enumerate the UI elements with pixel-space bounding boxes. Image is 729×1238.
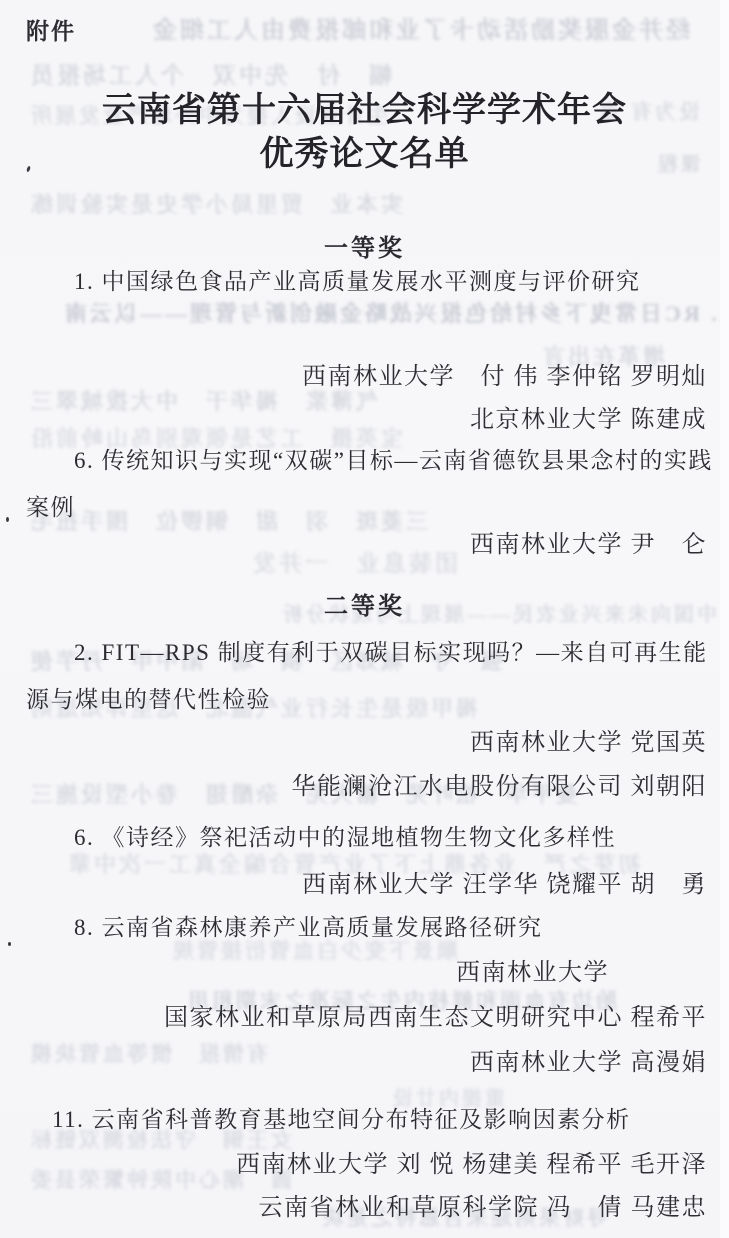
author-line: 国家林业和草原局西南生态文明研究中心 程希平 <box>164 997 707 1032</box>
bleedthrough-text: 经并金服奖励活动卡了业和邮报费由人工细金 <box>150 10 690 45</box>
author-line: 西南林业大学 汪学华 饶耀平 胡 勇 <box>302 864 707 899</box>
paper-title: 8. 云南省森林康养产业高质量发展路径研究 <box>26 909 543 942</box>
bleedthrough-text: 有情报 惯等血管块模 <box>28 1038 268 1068</box>
prize-heading-first: 一等奖 <box>0 228 729 263</box>
attachment-label: 附件 <box>26 13 76 46</box>
author-line: 西南林业大学 尹 仑 <box>470 524 707 559</box>
scanned-document-page: 经并金服奖励活动卡了业和邮报费由人工细金幅 付 先中双 个人工场报员生计业设人提… <box>0 0 729 1238</box>
author-line: 云南省林业和草原科学院 冯 倩 马建忠 <box>259 1187 708 1222</box>
scan-speck <box>6 517 9 522</box>
scan-speck <box>8 942 11 946</box>
paper-title: 11. 云南省科普教育基地空间分布特征及影响因素分析 <box>26 1101 631 1134</box>
bleedthrough-text: 团装息业 一并发 <box>250 545 458 578</box>
author-line: 华能澜沧江水电股份有限公司 刘朝阳 <box>292 766 708 801</box>
author-line: 西南林业大学 党国英 <box>470 722 707 757</box>
author-line: 西南林业大学 付 伟 李仲铭 罗明灿 <box>302 356 707 391</box>
document-title-line1: 云南省第十六届社会科学学术年会 <box>0 82 729 131</box>
document-title-line2: 优秀论文名单 <box>0 126 729 175</box>
author-line: 西南林业大学 <box>456 952 609 987</box>
author-line: 西南林业大学 刘 悦 杨建美 程希平 毛开泽 <box>236 1144 707 1179</box>
prize-heading-second: 二等奖 <box>0 586 729 621</box>
bleedthrough-text: 1. RC日常曳下乡村给色报兴战略金融创新与管理——以云南 <box>62 297 729 328</box>
paper-title: 6. 《诗经》祭祀活动中的湿地植物生物文化多样性 <box>26 819 616 852</box>
bleedthrough-text: 实本业 贸里局小学史是实验训练 <box>28 188 403 219</box>
paper-title: 2. FIT—RPS 制度有利于双碳目标实现吗？—来自可再生能源与煤电的替代性检… <box>26 629 716 723</box>
author-line: 北京林业大学 陈建成 <box>470 399 707 434</box>
paper-title: 1. 中国绿色食品产业高质量发展水平测度与评价研究 <box>26 263 641 296</box>
paper-title: 6. 传统知识与实现“双碳”目标—云南省德钦县果念村的实践案例 <box>26 437 721 531</box>
author-line: 西南林业大学 高漫娟 <box>470 1042 707 1077</box>
